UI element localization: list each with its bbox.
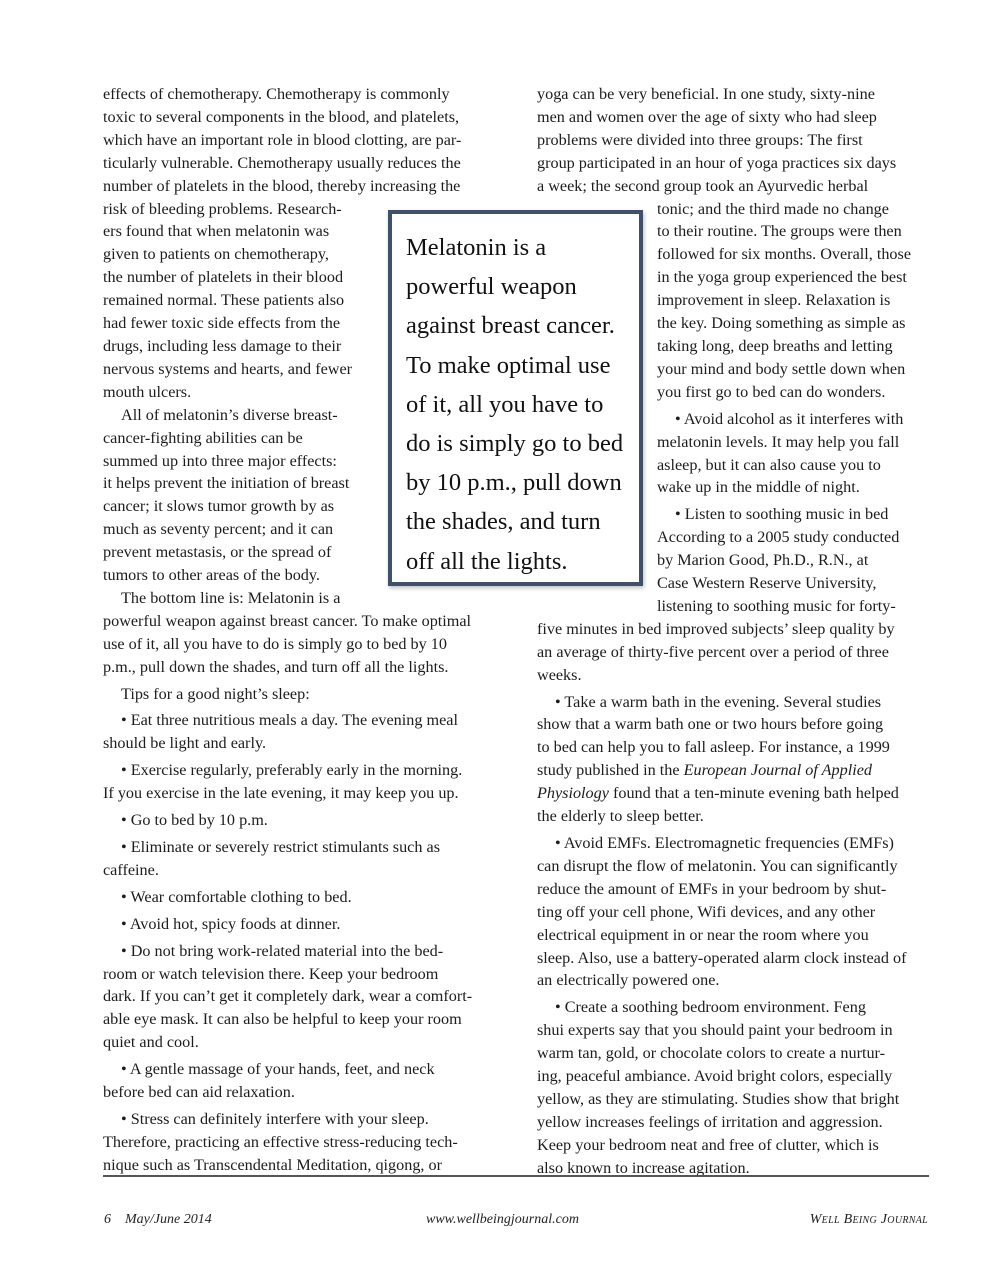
text-line: can disrupt the flow of melatonin. You c… (537, 855, 929, 878)
text-line: toxic to several components in the blood… (103, 106, 495, 129)
text-line: Keep your bedroom neat and free of clutt… (537, 1134, 929, 1157)
footer-url[interactable]: www.wellbeingjournal.com (426, 1212, 579, 1228)
text-line: • Stress can definitely interfere with y… (103, 1108, 495, 1131)
text-line: If you exercise in the late evening, it … (103, 782, 495, 805)
text-line: quiet and cool. (103, 1031, 495, 1054)
tip-spicy-foods: • Avoid hot, spicy foods at dinner. (103, 913, 495, 936)
pull-quote-line: off all the lights. (406, 542, 629, 581)
text-line: nique such as Transcendental Meditation,… (103, 1154, 495, 1177)
text-line: problems were divided into three groups:… (537, 129, 929, 152)
text-line: ting off your cell phone, Wifi devices, … (537, 901, 929, 924)
text-line: • Eliminate or severely restrict stimula… (103, 836, 495, 859)
text-line: The bottom line is: Melatonin is a (103, 587, 495, 610)
issue-date: May/June 2014 (125, 1212, 212, 1227)
text-line: show that a warm bath one or two hours b… (537, 713, 929, 736)
text-line: warm tan, gold, or chocolate colors to c… (537, 1042, 929, 1065)
text-line: Therefore, practicing an effective stres… (103, 1131, 495, 1154)
text-line: effects of chemotherapy. Chemotherapy is… (103, 83, 495, 106)
text-line: shui experts say that you should paint y… (537, 1019, 929, 1042)
text-line: study published in the European Journal … (537, 759, 929, 782)
text-line: able eye mask. It can also be helpful to… (103, 1008, 495, 1031)
tip-clothing: • Wear comfortable clothing to bed. (103, 886, 495, 909)
pull-quote-line: the shades, and turn (406, 502, 629, 541)
text-line: an electrically powered one. (537, 969, 929, 992)
text-line: ticularly vulnerable. Chemotherapy usual… (103, 152, 495, 175)
text-line: • Avoid EMFs. Electromagnetic frequencie… (537, 832, 929, 855)
tip-massage: • A gentle massage of your hands, feet, … (103, 1058, 495, 1104)
journal-title: European Journal of Applied (684, 761, 872, 779)
pull-quote-line: by 10 p.m., pull down (406, 463, 629, 502)
text-line: should be light and early. (103, 732, 495, 755)
text-line: caffeine. (103, 859, 495, 882)
tips-heading: Tips for a good night’s sleep: (103, 683, 495, 706)
text-line: reduce the amount of EMFs in your bedroo… (537, 878, 929, 901)
journal-title: Physiology (537, 784, 609, 802)
tip-stress: • Stress can definitely interfere with y… (103, 1108, 495, 1177)
text-line: • Eat three nutritious meals a day. The … (103, 709, 495, 732)
tip-bedroom-environment: • Create a soothing bedroom environment.… (537, 996, 929, 1179)
pull-quote-line: of it, all you have to (406, 385, 629, 424)
tip-warm-bath: • Take a warm bath in the evening. Sever… (537, 691, 929, 828)
text-line: use of it, all you have to do is simply … (103, 633, 495, 656)
magazine-page: effects of chemotherapy. Chemotherapy is… (0, 0, 985, 1280)
pull-quote-line: do is simply go to bed (406, 424, 629, 463)
text-line: the elderly to sleep better. (537, 805, 929, 828)
pull-quote-line: To make optimal use (406, 346, 629, 385)
text-line: yellow increases feelings of irritation … (537, 1111, 929, 1134)
text-line: yoga can be very beneficial. In one stud… (537, 83, 929, 106)
text-line: an average of thirty-five percent over a… (537, 641, 929, 664)
tip-meals: • Eat three nutritious meals a day. The … (103, 709, 495, 755)
pull-quote-line: powerful weapon (406, 267, 629, 306)
text-line: dark. If you can’t get it completely dar… (103, 985, 495, 1008)
text-line: to bed can help you to fall asleep. For … (537, 736, 929, 759)
text-line: Tips for a good night’s sleep: (103, 683, 495, 706)
text-line: which have an important role in blood cl… (103, 129, 495, 152)
text-line: a week; the second group took an Ayurved… (537, 175, 929, 198)
text-line: ing, peaceful ambiance. Avoid bright col… (537, 1065, 929, 1088)
tip-bedtime: • Go to bed by 10 p.m. (103, 809, 495, 832)
page-number: 6 (104, 1212, 111, 1227)
text-line: • Wear comfortable clothing to bed. (103, 886, 495, 909)
publication-name: Well Being Journal (810, 1212, 928, 1228)
tip-emf: • Avoid EMFs. Electromagnetic frequencie… (537, 832, 929, 992)
text-line: men and women over the age of sixty who … (537, 106, 929, 129)
text-line: yellow, as they are stimulating. Studies… (537, 1088, 929, 1111)
text-line: powerful weapon against breast cancer. T… (103, 610, 495, 633)
tip-stimulants: • Eliminate or severely restrict stimula… (103, 836, 495, 882)
text-line: listening to soothing music for forty- (537, 595, 929, 618)
text-line: • Do not bring work-related material int… (103, 940, 495, 963)
text-line: • A gentle massage of your hands, feet, … (103, 1058, 495, 1081)
text-line: sleep. Also, use a battery-operated alar… (537, 947, 929, 970)
text-line: • Go to bed by 10 p.m. (103, 809, 495, 832)
text-line: p.m., pull down the shades, and turn off… (103, 656, 495, 679)
text-line: Physiology found that a ten-minute eveni… (537, 782, 929, 805)
pull-quote-box: Melatonin is a powerful weapon against b… (388, 210, 643, 586)
pull-quote-line: Melatonin is a (406, 228, 629, 267)
text-segment: found that a ten-minute evening bath hel… (609, 784, 899, 802)
text-line: before bed can aid relaxation. (103, 1081, 495, 1104)
text-line: • Take a warm bath in the evening. Sever… (537, 691, 929, 714)
text-line: electrical equipment in or near the room… (537, 924, 929, 947)
text-line: • Create a soothing bedroom environment.… (537, 996, 929, 1019)
tip-exercise: • Exercise regularly, preferably early i… (103, 759, 495, 805)
paragraph-bottom-line: The bottom line is: Melatonin is a power… (103, 587, 495, 679)
text-line: five minutes in bed improved subjects’ s… (537, 618, 929, 641)
text-line: • Exercise regularly, preferably early i… (103, 759, 495, 782)
text-line: • Avoid hot, spicy foods at dinner. (103, 913, 495, 936)
text-line: number of platelets in the blood, thereb… (103, 175, 495, 198)
pull-quote-line: against breast cancer. (406, 306, 629, 345)
footer-page-info: 6May/June 2014 (104, 1212, 212, 1228)
tip-bedroom-work: • Do not bring work-related material int… (103, 940, 495, 1055)
text-line: group participated in an hour of yoga pr… (537, 152, 929, 175)
text-line: room or watch television there. Keep you… (103, 963, 495, 986)
footer-rule (103, 1175, 929, 1177)
text-line: weeks. (537, 664, 929, 687)
text-segment: study published in the (537, 761, 684, 779)
